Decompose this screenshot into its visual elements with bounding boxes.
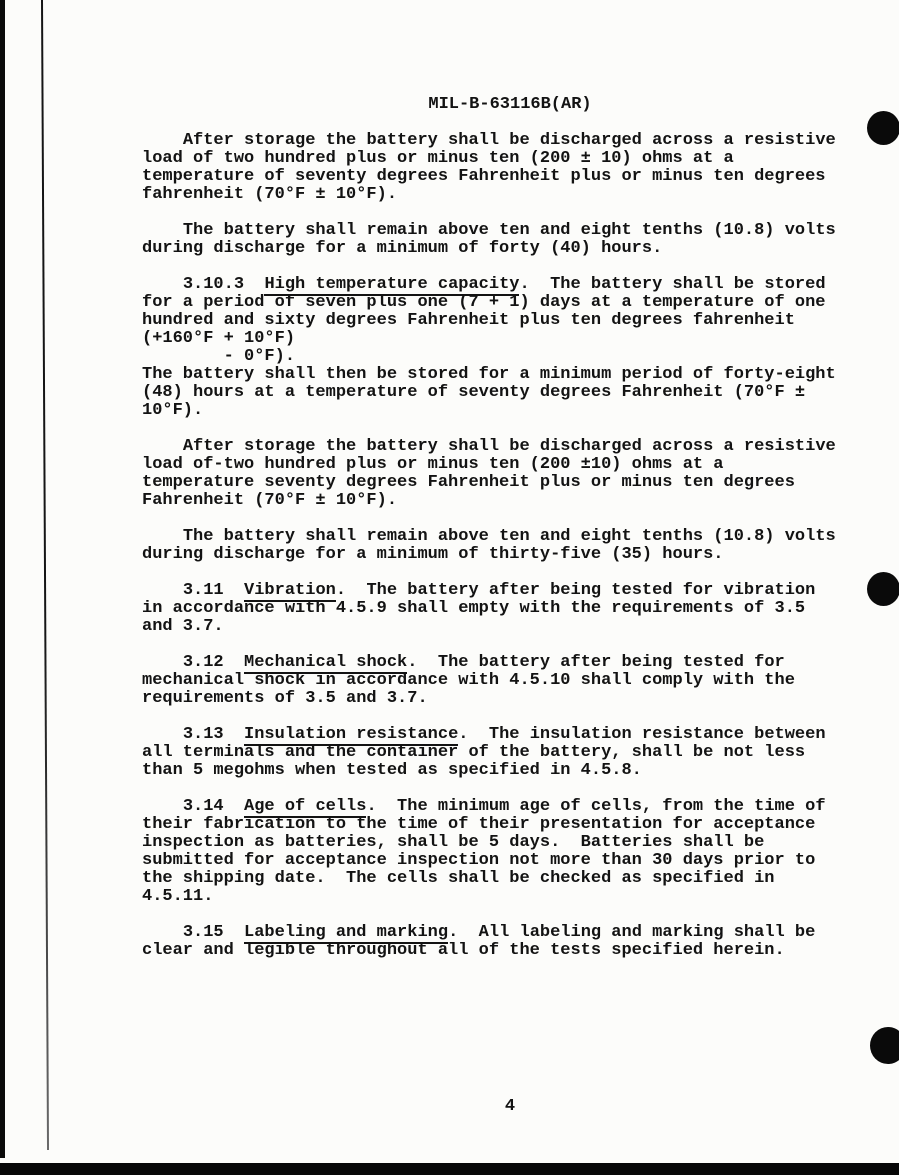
binding-crease-line [41, 0, 49, 1150]
document-body: MIL-B-63116B(AR) After storage the batte… [142, 96, 878, 960]
paragraph-voltage-thirty-five-hours: The battery shall remain above ten and e… [142, 528, 878, 564]
paragraph-storage-discharge-1: After storage the battery shall be disch… [142, 132, 878, 204]
bottom-edge-scan-bar [0, 1163, 899, 1175]
section-body: . The battery shall be stored for a peri… [142, 275, 836, 420]
binder-hole-dot [870, 1027, 899, 1064]
section-number: 3.10.3 [142, 275, 264, 294]
page-number: 4 [142, 1098, 878, 1116]
section-3-11-vibration: 3.11 Vibration. The battery after being … [142, 582, 878, 636]
document-page: MIL-B-63116B(AR) After storage the batte… [0, 0, 899, 1175]
section-3-13-insulation-resistance: 3.13 Insulation resistance. The insulati… [142, 726, 878, 780]
paragraph-voltage-forty-hours: The battery shall remain above ten and e… [142, 222, 878, 258]
section-number: 3.15 [142, 923, 244, 942]
section-number: 3.14 [142, 797, 244, 816]
document-id-header: MIL-B-63116B(AR) [142, 96, 878, 114]
paragraph-storage-discharge-2: After storage the battery shall be disch… [142, 438, 878, 510]
section-number: 3.12 [142, 653, 244, 672]
left-edge-scan-strip [0, 0, 5, 1158]
section-3-15-labeling-and-marking: 3.15 Labeling and marking. All labeling … [142, 924, 878, 960]
section-3-12-mechanical-shock: 3.12 Mechanical shock. The battery after… [142, 654, 878, 708]
section-number: 3.13 [142, 725, 244, 744]
section-3-10-3-high-temperature-capacity: 3.10.3 High temperature capacity. The ba… [142, 276, 878, 420]
section-number: 3.11 [142, 581, 244, 600]
section-3-14-age-of-cells: 3.14 Age of cells. The minimum age of ce… [142, 798, 878, 906]
